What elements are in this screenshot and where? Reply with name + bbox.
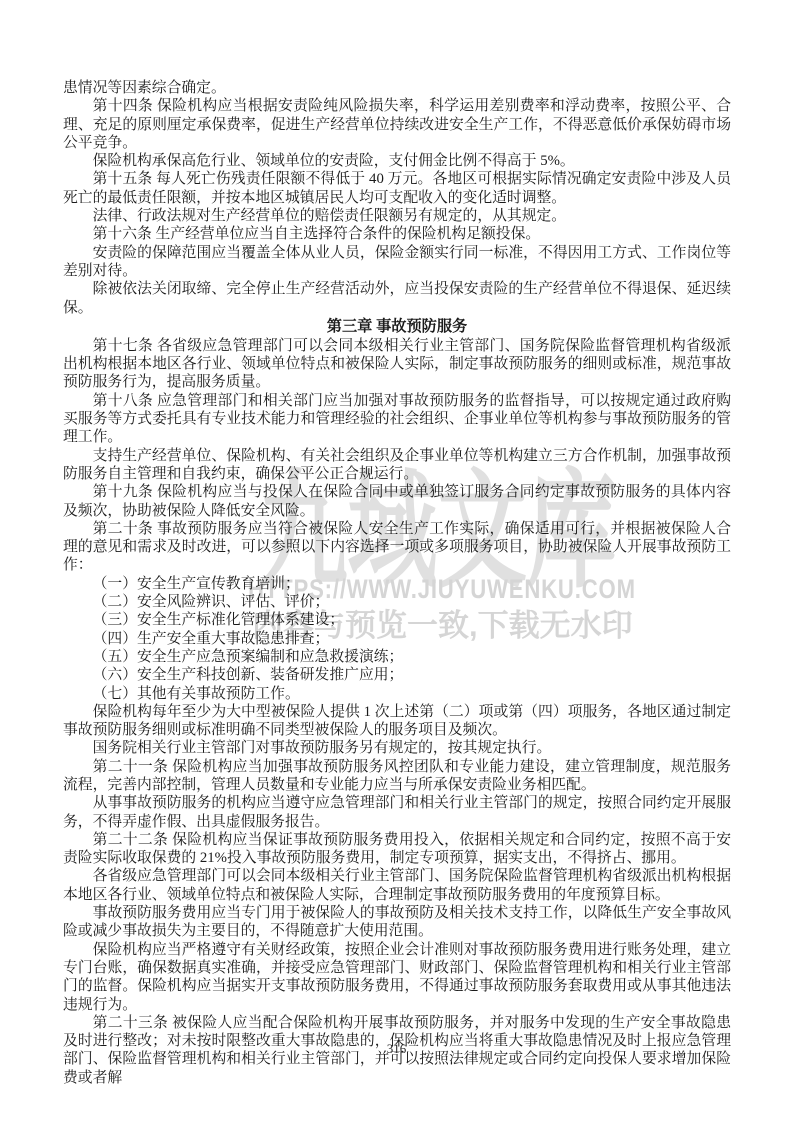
paragraph: 第十八条 应急管理部门和相关部门应当加强对事故预防服务的监督指导，可以按规定通过… bbox=[63, 392, 731, 447]
paragraph: 保险机构应当严格遵守有关财经政策，按照企业会计准则对事故预防服务费用进行账务处理… bbox=[63, 941, 731, 1014]
paragraph: （五）安全生产应急预案编制和应急救援演练； bbox=[63, 648, 731, 666]
paragraph: 支持生产经营单位、保险机构、有关社会组织及企事业单位等机构建立三方合作机制，加强… bbox=[63, 447, 731, 484]
document-text: 患情况等因素综合确定。第十四条 保险机构应当根据安责险纯风险损失率，科学运用差别… bbox=[63, 79, 731, 1087]
paragraph: 安责险的保障范围应当覆盖全体从业人员，保险金额实行同一标准，不得因用工方式、工作… bbox=[63, 244, 731, 281]
paragraph: 各省级应急管理部门可以会同本级相关行业主管部门、国务院保险监督管理机构省级派出机… bbox=[63, 867, 731, 904]
page-number: 316 bbox=[0, 1041, 793, 1057]
paragraph: （四）生产安全重大事故隐患排查； bbox=[63, 630, 731, 648]
paragraph: 第十四条 保险机构应当根据安责险纯风险损失率，科学运用差别费率和浮动费率，按照公… bbox=[63, 97, 731, 152]
paragraph: 第二十二条 保险机构应当保证事故预防服务费用投入，依据相关规定和合同约定，按照不… bbox=[63, 831, 731, 868]
document-page: 九域文库 HTTPS://WWW.JIUYUWENKU.COM 内容与预览一致,… bbox=[0, 0, 793, 1122]
paragraph: （六）安全生产科技创新、装备研发推广应用； bbox=[63, 666, 731, 684]
paragraph: 患情况等因素综合确定。 bbox=[63, 79, 731, 97]
paragraph: 第十六条 生产经营单位应当自主选择符合条件的保险机构足额投保。 bbox=[63, 225, 731, 243]
paragraph: （七）其他有关事故预防工作。 bbox=[63, 685, 731, 703]
paragraph: 第十九条 保险机构应当与投保人在保险合同中或单独签订服务合同约定事故预防服务的具… bbox=[63, 483, 731, 520]
paragraph: 国务院相关行业主管部门对事故预防服务另有规定的，按其规定执行。 bbox=[63, 739, 731, 757]
paragraph: （一）安全生产宣传教育培训； bbox=[63, 575, 731, 593]
paragraph: 除被依法关闭取缔、完全停止生产经营活动外，应当投保安责险的生产经营单位不得退保、… bbox=[63, 280, 731, 317]
paragraph: 第十七条 各省级应急管理部门可以会同本级相关行业主管部门、国务院保险监督管理机构… bbox=[63, 337, 731, 392]
paragraph: 法律、行政法规对生产经营单位的赔偿责任限额另有规定的，从其规定。 bbox=[63, 207, 731, 225]
paragraph: 事故预防服务费用应当专门用于被保险人的事故预防及相关技术支持工作，以降低生产安全… bbox=[63, 904, 731, 941]
chapter-heading: 第三章 事故预防服务 bbox=[63, 317, 731, 337]
paragraph: 第二十一条 保险机构应当加强事故预防服务风控团队和专业能力建设，建立管理制度，规… bbox=[63, 758, 731, 795]
paragraph: （三）安全生产标准化管理体系建设； bbox=[63, 611, 731, 629]
paragraph: 从事事故预防服务的机构应当遵守应急管理部门和相关行业主管部门的规定，按照合同约定… bbox=[63, 794, 731, 831]
paragraph: （二）安全风险辨识、评估、评价； bbox=[63, 593, 731, 611]
paragraph: 保险机构承保高危行业、领域单位的安责险，支付佣金比例不得高于 5%。 bbox=[63, 152, 731, 170]
paragraph: 保险机构每年至少为大中型被保险人提供 1 次上述第（二）项或第（四）项服务，各地… bbox=[63, 703, 731, 740]
paragraph: 第十五条 每人死亡伤残责任限额不得低于 40 万元。各地区可根据实际情况确定安责… bbox=[63, 170, 731, 207]
paragraph: 第二十条 事故预防服务应当符合被保险人安全生产工作实际，确保适用可行，并根据被保… bbox=[63, 520, 731, 575]
